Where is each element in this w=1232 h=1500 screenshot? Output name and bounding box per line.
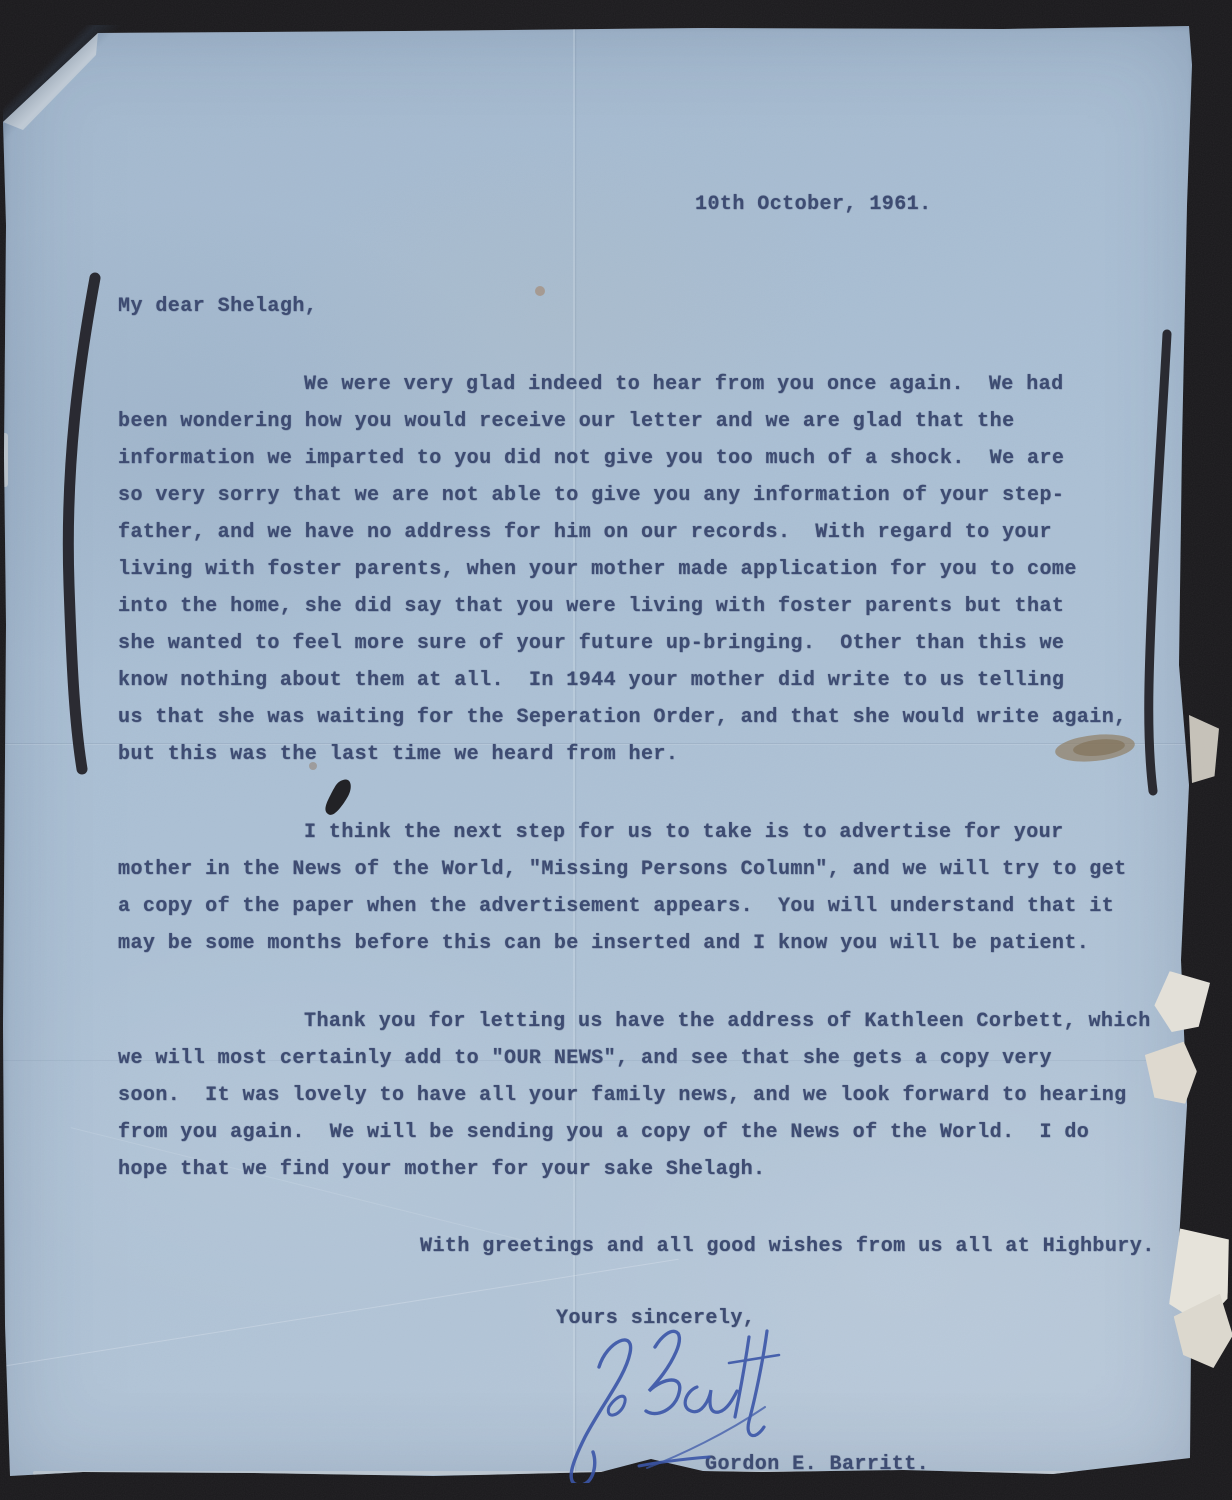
letter-salutation: My dear Shelagh, [118, 288, 317, 325]
letter-paper: 10th October, 1961. My dear Shelagh, We … [3, 25, 1195, 1483]
letter-paragraph-3: Thank you for letting us have the addres… [118, 1003, 1151, 1188]
left-edge-highlight [1, 433, 8, 487]
letter-sender-name: Gordon E. Barritt. [705, 1446, 929, 1483]
letter-valediction: Yours sincerely, [556, 1300, 755, 1337]
letter-paragraph-1: We were very glad indeed to hear from yo… [118, 366, 1127, 773]
paper-tear [1189, 715, 1219, 783]
letter-date: 10th October, 1961. [695, 186, 932, 223]
bottom-edge-highlight [33, 1471, 1163, 1475]
letter-closing-line: With greetings and all good wishes from … [420, 1228, 1155, 1265]
letter-paragraph-2: I think the next step for us to take is … [118, 814, 1127, 962]
scanned-letter-scene: 10th October, 1961. My dear Shelagh, We … [0, 0, 1232, 1500]
